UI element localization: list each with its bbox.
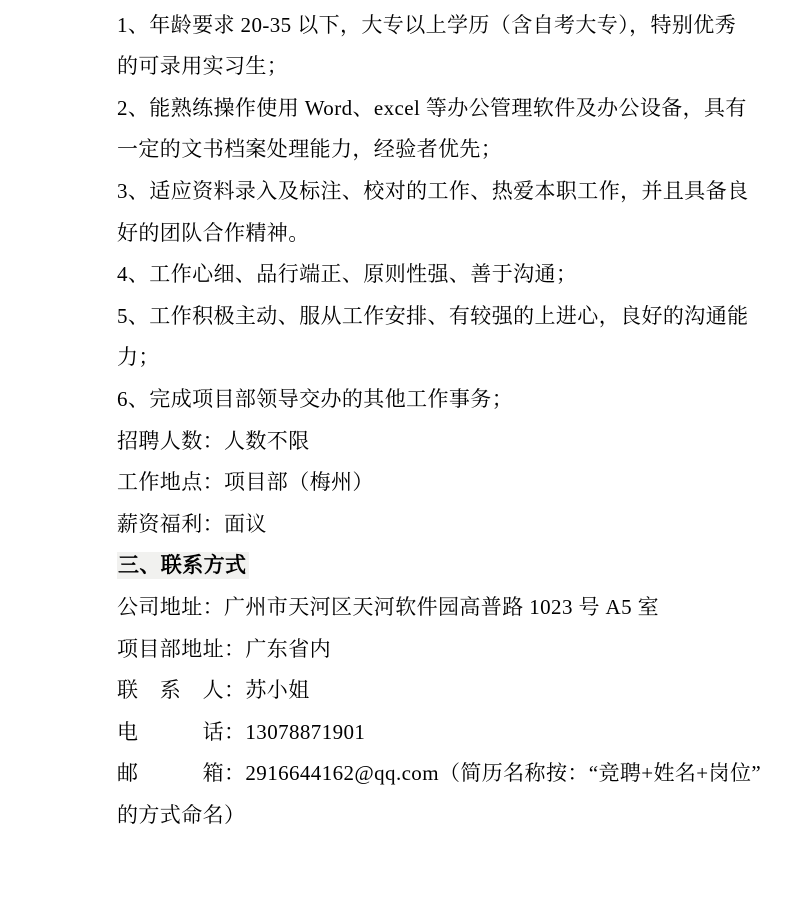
requirement-1-line-2: 的可录用实习生； [117,45,677,87]
text: 邮 箱：2916644162@qq.com（简历名称按：“竞聘+姓名+岗位” [117,760,761,787]
text: 1、年龄要求 20-35 以下，大专以上学历（含自考大专），特别优秀 [117,12,736,39]
text: 联 系 人：苏小姐 [117,677,310,704]
requirement-2-line-2: 一定的文书档案处理能力，经验者优先； [117,128,677,170]
requirement-3-line-1: 3、适应资料录入及标注、校对的工作、热爱本职工作，并且具备良 [117,169,677,211]
text: 2、能熟练操作使用 Word、excel 等办公管理软件及办公设备，具有 [117,95,747,122]
text: 公司地址：广州市天河区天河软件园高普路 1023 号 A5 室 [117,594,659,621]
text: 招聘人数：人数不限 [117,428,310,455]
contact-person-line: 联 系 人：苏小姐 [117,669,677,711]
text: 5、工作积极主动、服从工作安排、有较强的上进心，良好的沟通能 [117,303,749,330]
text: 一定的文书档案处理能力，经验者优先； [117,136,502,163]
text: 的方式命名） [117,802,245,829]
work-location-line: 工作地点：项目部（梅州） [117,461,677,503]
requirement-2-line-1: 2、能熟练操作使用 Word、excel 等办公管理软件及办公设备，具有 [117,86,677,128]
document-page: 1、年龄要求 20-35 以下，大专以上学历（含自考大专），特别优秀 的可录用实… [0,0,791,904]
requirement-6-line: 6、完成项目部领导交办的其他工作事务； [117,377,677,419]
email-line-1: 邮 箱：2916644162@qq.com（简历名称按：“竞聘+姓名+岗位” [117,752,677,794]
text: 薪资福利：面议 [117,511,267,538]
salary-line: 薪资福利：面议 [117,502,677,544]
requirement-5-line-2: 力； [117,336,677,378]
text: 工作地点：项目部（梅州） [117,469,374,496]
phone-line: 电 话：13078871901 [117,710,677,752]
requirement-1-line-1: 1、年龄要求 20-35 以下，大专以上学历（含自考大专），特别优秀 [117,3,677,45]
section-heading-text: 三、联系方式 [117,552,249,579]
text: 项目部地址：广东省内 [117,636,331,663]
text: 4、工作心细、品行端正、原则性强、善于沟通； [117,261,577,288]
email-line-2: 的方式命名） [117,793,677,835]
project-address-line: 项目部地址：广东省内 [117,627,677,669]
company-address-line: 公司地址：广州市天河区天河软件园高普路 1023 号 A5 室 [117,585,677,627]
text: 6、完成项目部领导交办的其他工作事务； [117,386,513,413]
text: 的可录用实习生； [117,53,288,80]
text: 3、适应资料录入及标注、校对的工作、热爱本职工作，并且具备良 [117,178,749,205]
text: 电 话：13078871901 [117,719,365,746]
requirement-3-line-2: 好的团队合作精神。 [117,211,677,253]
text: 好的团队合作精神。 [117,220,310,247]
document-body: 1、年龄要求 20-35 以下，大专以上学历（含自考大专），特别优秀 的可录用实… [117,3,677,835]
requirement-5-line-1: 5、工作积极主动、服从工作安排、有较强的上进心，良好的沟通能 [117,294,677,336]
recruit-count-line: 招聘人数：人数不限 [117,419,677,461]
section-heading-contact: 三、联系方式 [117,544,677,586]
requirement-4-line: 4、工作心细、品行端正、原则性强、善于沟通； [117,253,677,295]
text: 力； [117,344,160,371]
